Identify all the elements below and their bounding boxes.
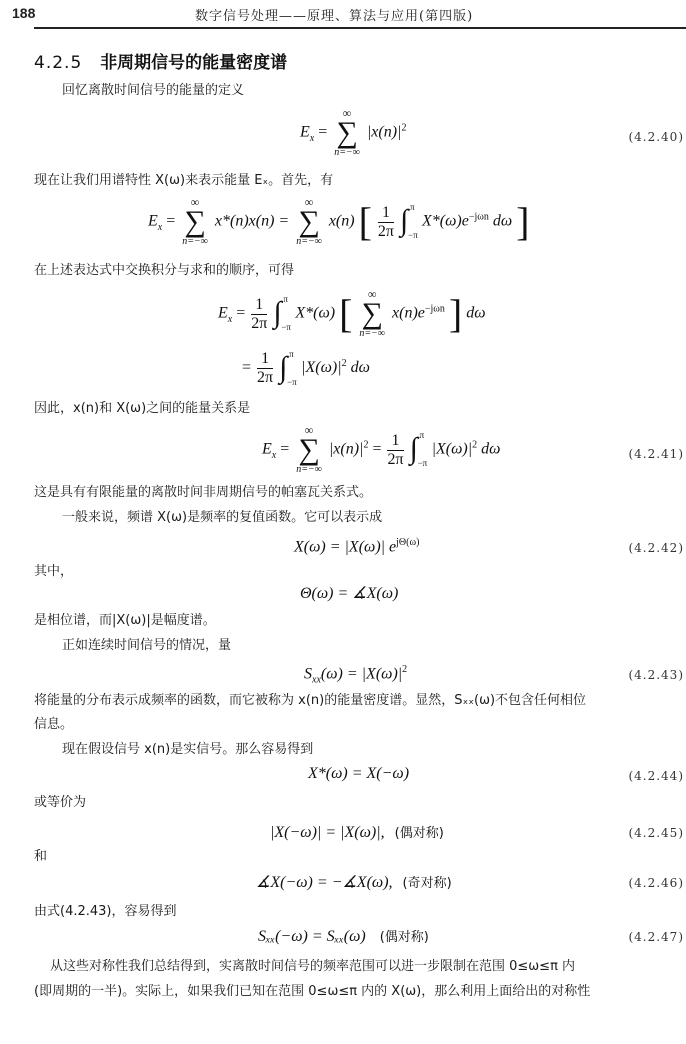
summation: ∞∑n=−∞ [359, 288, 385, 340]
math-term: dω [351, 359, 370, 376]
math-term: |x(n)| [367, 124, 402, 141]
equation-number: (4.2.45) [628, 826, 684, 840]
paragraph: 这是具有有限能量的离散时间非周期信号的帕塞瓦关系式。 [34, 484, 372, 502]
math-term: X*(ω) = X(−ω) [308, 765, 409, 782]
integral: ∫π−π [400, 204, 418, 240]
math-superscript: −jωn [425, 303, 445, 314]
paragraph: 一般来说，频谱 X(ω)是频率的复值函数。它可以表示成 [62, 509, 382, 527]
equation-number: (4.2.42) [628, 541, 684, 555]
math-term: dω [481, 441, 500, 458]
header-rule [34, 27, 686, 29]
equation-swap-result: = 12π ∫π−π |X(ω)|2 dω [242, 350, 370, 387]
equation-phase: Θ(ω) = ∡X(ω) [300, 583, 398, 603]
section-heading: 4.2.5 非周期信号的能量密度谱 [34, 48, 287, 73]
math-symbol: E [262, 441, 272, 458]
paragraph: 由式(4.2.43)，容易得到 [34, 903, 177, 921]
math-term: (ω) = |X(ω)| [321, 665, 402, 682]
sum-lower: n=−∞ [296, 236, 322, 248]
math-subscript: x [310, 133, 314, 144]
numerator: 1 [387, 432, 403, 451]
math-term: |X(−ω)| = |X(ω)|, [270, 824, 385, 841]
math-symbol: E [218, 305, 228, 322]
math-symbol: E [300, 124, 310, 141]
denominator: 2π [387, 451, 403, 469]
integral-lower: −π [418, 458, 428, 468]
equation-swap-order: Ex = 12π ∫π−π X*(ω) [ ∞∑n=−∞ x(n)e−jωn ]… [218, 288, 486, 340]
integral-upper: π [283, 294, 288, 304]
integral: ∫π−π [410, 432, 428, 468]
symmetry-note: (偶对称) [395, 826, 444, 841]
math-term: |X(ω)| [301, 359, 342, 376]
integral-lower: −π [287, 377, 297, 387]
integral-upper: π [420, 430, 425, 440]
equation-4-2-42: X(ω) = |X(ω)| ejΘ(ω) [294, 537, 419, 556]
equation-number: (4.2.41) [628, 447, 684, 461]
math-superscript: 2 [402, 664, 407, 675]
math-term: ∡X(−ω) = −∡X(ω), [256, 874, 393, 891]
section-number: 4.2.5 [34, 53, 82, 73]
denominator: 2π [378, 223, 394, 241]
equation-4-2-40: Ex = ∞∑n=−∞ |x(n)|2 [300, 107, 406, 159]
sum-lower: n=−∞ [334, 147, 360, 159]
numerator: 1 [251, 296, 267, 315]
numerator: 1 [378, 204, 394, 223]
math-term: Θ(ω) = ∡X(ω) [300, 585, 398, 602]
math-term: |x(n)| [329, 441, 364, 458]
paragraph: 是相位谱，而|X(ω)|是幅度谱。 [34, 612, 216, 630]
equation-number: (4.2.40) [628, 130, 684, 144]
integral: ∫π−π [273, 296, 291, 332]
fraction: 12π [257, 350, 273, 387]
math-term: X(ω) = |X(ω)| e [294, 538, 396, 555]
math-subscript: x [272, 450, 276, 461]
equation-4-2-45: |X(−ω)| = |X(ω)|, (偶对称) [270, 822, 444, 842]
math-superscript: 2 [342, 358, 347, 369]
equation-4-2-47: Sₓₓ(−ω) = Sₓₓ(ω) (偶对称) [258, 926, 429, 946]
math-term: x*(n)x(n) = [215, 213, 289, 230]
numerator: 1 [257, 350, 273, 369]
equation-4-2-46: ∡X(−ω) = −∡X(ω), (奇对称) [256, 872, 452, 892]
equation-number: (4.2.43) [628, 668, 684, 682]
sum-lower: n=−∞ [296, 464, 322, 476]
page-number: 188 [12, 5, 35, 21]
math-term: dω [466, 305, 485, 322]
integral-lower: −π [408, 230, 418, 240]
summation: ∞∑n=−∞ [296, 424, 322, 476]
summation: ∞∑n=−∞ [334, 107, 360, 159]
equation-4-2-44: X*(ω) = X(−ω) [308, 765, 409, 783]
fraction: 12π [378, 204, 394, 241]
math-term: X*(ω)e [422, 213, 469, 230]
math-term: X*(ω) [295, 305, 335, 322]
integral-upper: π [289, 349, 294, 359]
equation-4-2-41: Ex = ∞∑n=−∞ |x(n)|2 = 12π ∫π−π |X(ω)|2 d… [262, 424, 500, 476]
paragraph: 回忆离散时间信号的能量的定义 [62, 82, 244, 100]
paragraph: 现在假设信号 x(n)是实信号。那么容易得到 [62, 741, 313, 759]
equation-number: (4.2.46) [628, 876, 684, 890]
paragraph: (即周期的一半)。实际上，如果我们已知在范围 0≤ω≤π 内的 X(ω)，那么利… [34, 983, 590, 1001]
symmetry-note: (奇对称) [403, 876, 452, 891]
paragraph: 将能量的分布表示成频率的函数，而它被称为 x(n)的能量密度谱。显然，Sₓₓ(ω… [34, 692, 586, 710]
math-symbol: S [304, 665, 312, 682]
paragraph: 在上述表达式中交换积分与求和的顺序，可得 [34, 262, 294, 280]
integral: ∫π−π [279, 351, 297, 387]
math-term: |X(ω)| [432, 441, 473, 458]
paragraph: 因此，x(n)和 X(ω)之间的能量关系是 [34, 400, 250, 418]
sum-lower: n=−∞ [359, 328, 385, 340]
equation-4-2-43: Sxx(ω) = |X(ω)|2 [304, 664, 407, 686]
paragraph: 现在让我们用谱特性 X(ω)来表示能量 Eₓ。首先，有 [34, 172, 333, 190]
symmetry-note: (偶对称) [380, 930, 429, 945]
integral-upper: π [410, 202, 415, 212]
equation-number: (4.2.47) [628, 930, 684, 944]
equation-number: (4.2.44) [628, 769, 684, 783]
equation-energy-expansion: Ex = ∞∑n=−∞ x*(n)x(n) = ∞∑n=−∞ x(n) [ 12… [148, 196, 529, 248]
fraction: 12π [251, 296, 267, 333]
math-symbol: E [148, 213, 158, 230]
math-superscript: 2 [401, 122, 406, 133]
paragraph: 从这些对称性我们总结得到，实离散时间信号的频率范围可以进一步限制在范围 0≤ω≤… [50, 958, 575, 976]
denominator: 2π [257, 369, 273, 387]
paragraph: 其中， [34, 563, 73, 581]
math-superscript: −jωn [469, 211, 489, 222]
math-term: Sₓₓ(−ω) = Sₓₓ(ω) [258, 928, 366, 945]
math-term: dω [493, 213, 512, 230]
paragraph: 或等价为 [34, 794, 86, 812]
running-title: 数字信号处理——原理、算法与应用(第四版) [195, 5, 473, 24]
paragraph: 信息。 [34, 716, 73, 734]
paragraph: 正如连续时间信号的情况，量 [62, 637, 231, 655]
summation: ∞∑n=−∞ [296, 196, 322, 248]
math-superscript: 2 [472, 439, 477, 450]
summation: ∞∑n=−∞ [182, 196, 208, 248]
paragraph: 和 [34, 848, 47, 866]
section-title: 非周期信号的能量密度谱 [100, 53, 287, 73]
math-subscript: x [158, 222, 162, 233]
math-term: x(n)e [392, 305, 425, 322]
math-subscript: x [228, 314, 232, 325]
integral-lower: −π [281, 322, 291, 332]
fraction: 12π [387, 432, 403, 469]
denominator: 2π [251, 315, 267, 333]
math-term: x(n) [329, 213, 355, 230]
math-subscript: xx [312, 675, 321, 686]
sum-lower: n=−∞ [182, 236, 208, 248]
math-superscript: jΘ(ω) [396, 537, 419, 548]
math-superscript: 2 [363, 439, 368, 450]
